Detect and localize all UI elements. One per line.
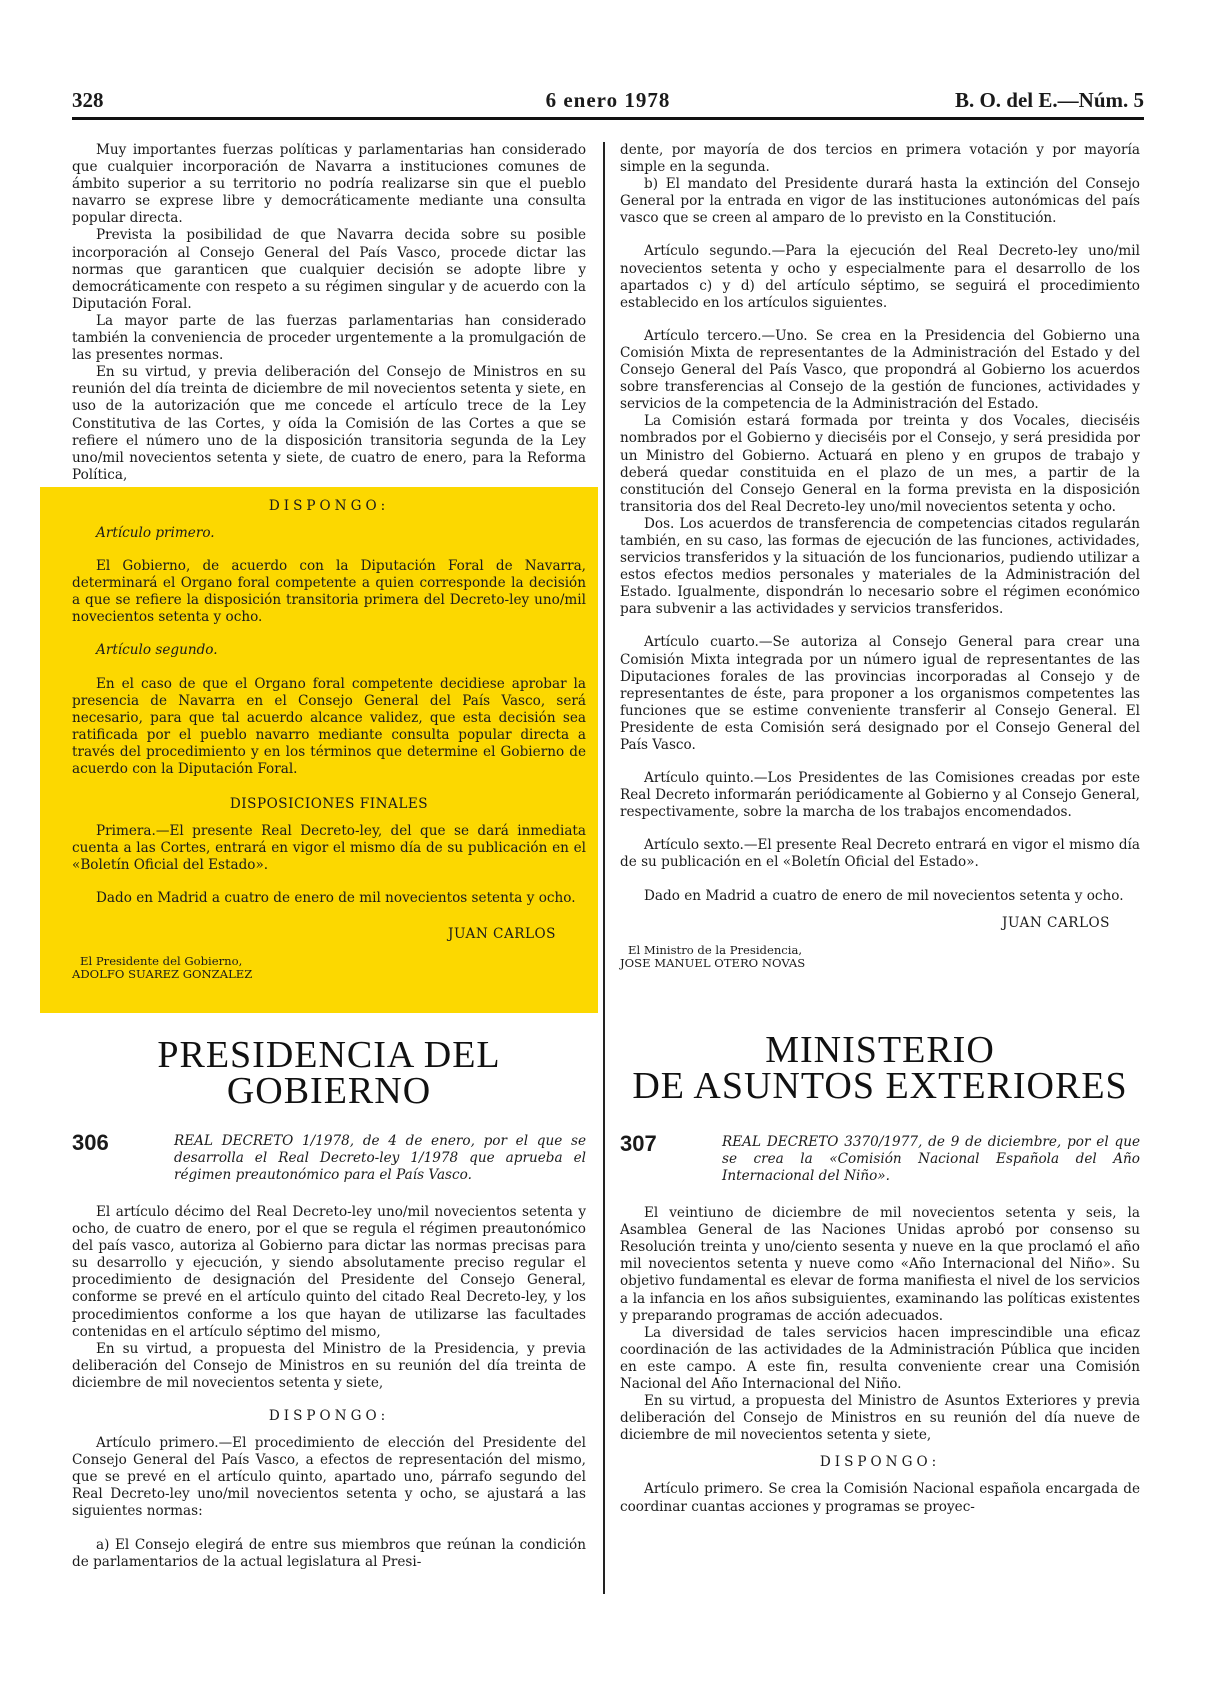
decree-heading: 307 REAL DECRETO 3370/1977, de 9 de dici…: [620, 1134, 1140, 1185]
decree-paragraph: El artículo décimo del Real Decreto-ley …: [72, 1204, 586, 1341]
decree-number: 307: [620, 1134, 722, 1185]
section-title-line1: MINISTERIO: [620, 1032, 1140, 1068]
decree-number: 306: [72, 1133, 174, 1184]
minister-name: ADOLFO SUAREZ GONZALEZ: [72, 968, 586, 981]
section-title: PRESIDENCIA DEL GOBIERNO: [72, 1037, 586, 1109]
dispongo-heading: DISPONGO:: [72, 1408, 586, 1425]
intro-paragraph: La mayor parte de las fuerzas parlamenta…: [72, 313, 586, 364]
signature: JUAN CARLOS: [620, 915, 1140, 932]
article-heading: Artículo segundo.: [72, 642, 586, 659]
minister-block: El Ministro de la Presidencia, JOSE MANU…: [620, 944, 1140, 970]
signature: JUAN CARLOS: [72, 926, 586, 943]
article-text: Artículo primero.—El procedimiento de el…: [72, 1435, 586, 1520]
page-header: 328 6 enero 1978 B. O. del E.—Núm. 5: [72, 88, 1144, 112]
minister-role: El Presidente del Gobierno,: [72, 955, 586, 968]
left-column: Muy importantes fuerzas políticas y parl…: [72, 142, 586, 1571]
minister-name: JOSE MANUEL OTERO NOVAS: [620, 957, 1140, 970]
intro-paragraph: En su virtud, y previa deliberación del …: [72, 364, 586, 484]
highlighted-decree-body: DISPONGO: Artículo primero. El Gobierno,…: [72, 498, 586, 981]
decree-paragraph: El veintiuno de diciembre de mil novecie…: [620, 1205, 1140, 1325]
article-text: En el caso de que el Organo foral compet…: [72, 676, 586, 779]
minister-block: El Presidente del Gobierno, ADOLFO SUARE…: [72, 955, 586, 981]
minister-role: El Ministro de la Presidencia,: [620, 944, 1140, 957]
article-text: Artículo quinto.—Los Presidentes de las …: [620, 770, 1140, 821]
article-text: Artículo sexto.—El presente Real Decreto…: [620, 837, 1140, 871]
decree-summary: REAL DECRETO 3370/1977, de 9 de diciembr…: [722, 1134, 1140, 1185]
dado-text: Dado en Madrid a cuatro de enero de mil …: [620, 888, 1140, 905]
finales-heading: DISPOSICIONES FINALES: [72, 796, 586, 813]
article-text: Dos. Los acuerdos de transferencia de co…: [620, 516, 1140, 619]
section-title-line2: DE ASUNTOS EXTERIORES: [620, 1068, 1140, 1104]
article-text: Artículo cuarto.—Se autoriza al Consejo …: [620, 634, 1140, 754]
dispongo-heading: DISPONGO:: [72, 498, 586, 515]
column-divider: [603, 142, 605, 1594]
article-item: a) El Consejo elegirá de entre sus miemb…: [72, 1537, 586, 1571]
article-text: La Comisión estará formada por treinta y…: [620, 413, 1140, 516]
dispongo-heading: DISPONGO:: [620, 1454, 1140, 1471]
decree-paragraph: La diversidad de tales servicios hacen i…: [620, 1325, 1140, 1393]
article-item: b) El mandato del Presidente durará hast…: [620, 176, 1140, 227]
right-column: dente, por mayoría de dos tercios en pri…: [620, 142, 1140, 1516]
decree-paragraph: En su virtud, a propuesta del Ministro d…: [620, 1393, 1140, 1444]
intro-paragraph: Muy importantes fuerzas políticas y parl…: [72, 142, 586, 227]
header-rule: [72, 117, 1144, 120]
decree-paragraph: En su virtud, a propuesta del Ministro d…: [72, 1341, 586, 1392]
issue-number: B. O. del E.—Núm. 5: [955, 88, 1144, 113]
decree-summary: REAL DECRETO 1/1978, de 4 de enero, por …: [174, 1133, 586, 1184]
article-text: Artículo tercero.—Uno. Se crea en la Pre…: [620, 328, 1140, 413]
article-heading: Artículo primero.: [72, 525, 586, 542]
continued-text: dente, por mayoría de dos tercios en pri…: [620, 142, 1140, 176]
dado-text: Dado en Madrid a cuatro de enero de mil …: [72, 890, 586, 907]
intro-paragraph: Prevista la posibilidad de que Navarra d…: [72, 227, 586, 312]
article-text: Artículo segundo.—Para la ejecución del …: [620, 243, 1140, 311]
article-text: Artículo primero. Se crea la Comisión Na…: [620, 1481, 1140, 1515]
decree-heading: 306 REAL DECRETO 1/1978, de 4 de enero, …: [72, 1133, 586, 1184]
primera-text: Primera.—El presente Real Decreto-ley, d…: [72, 823, 586, 874]
article-text: El Gobierno, de acuerdo con la Diputació…: [72, 558, 586, 626]
